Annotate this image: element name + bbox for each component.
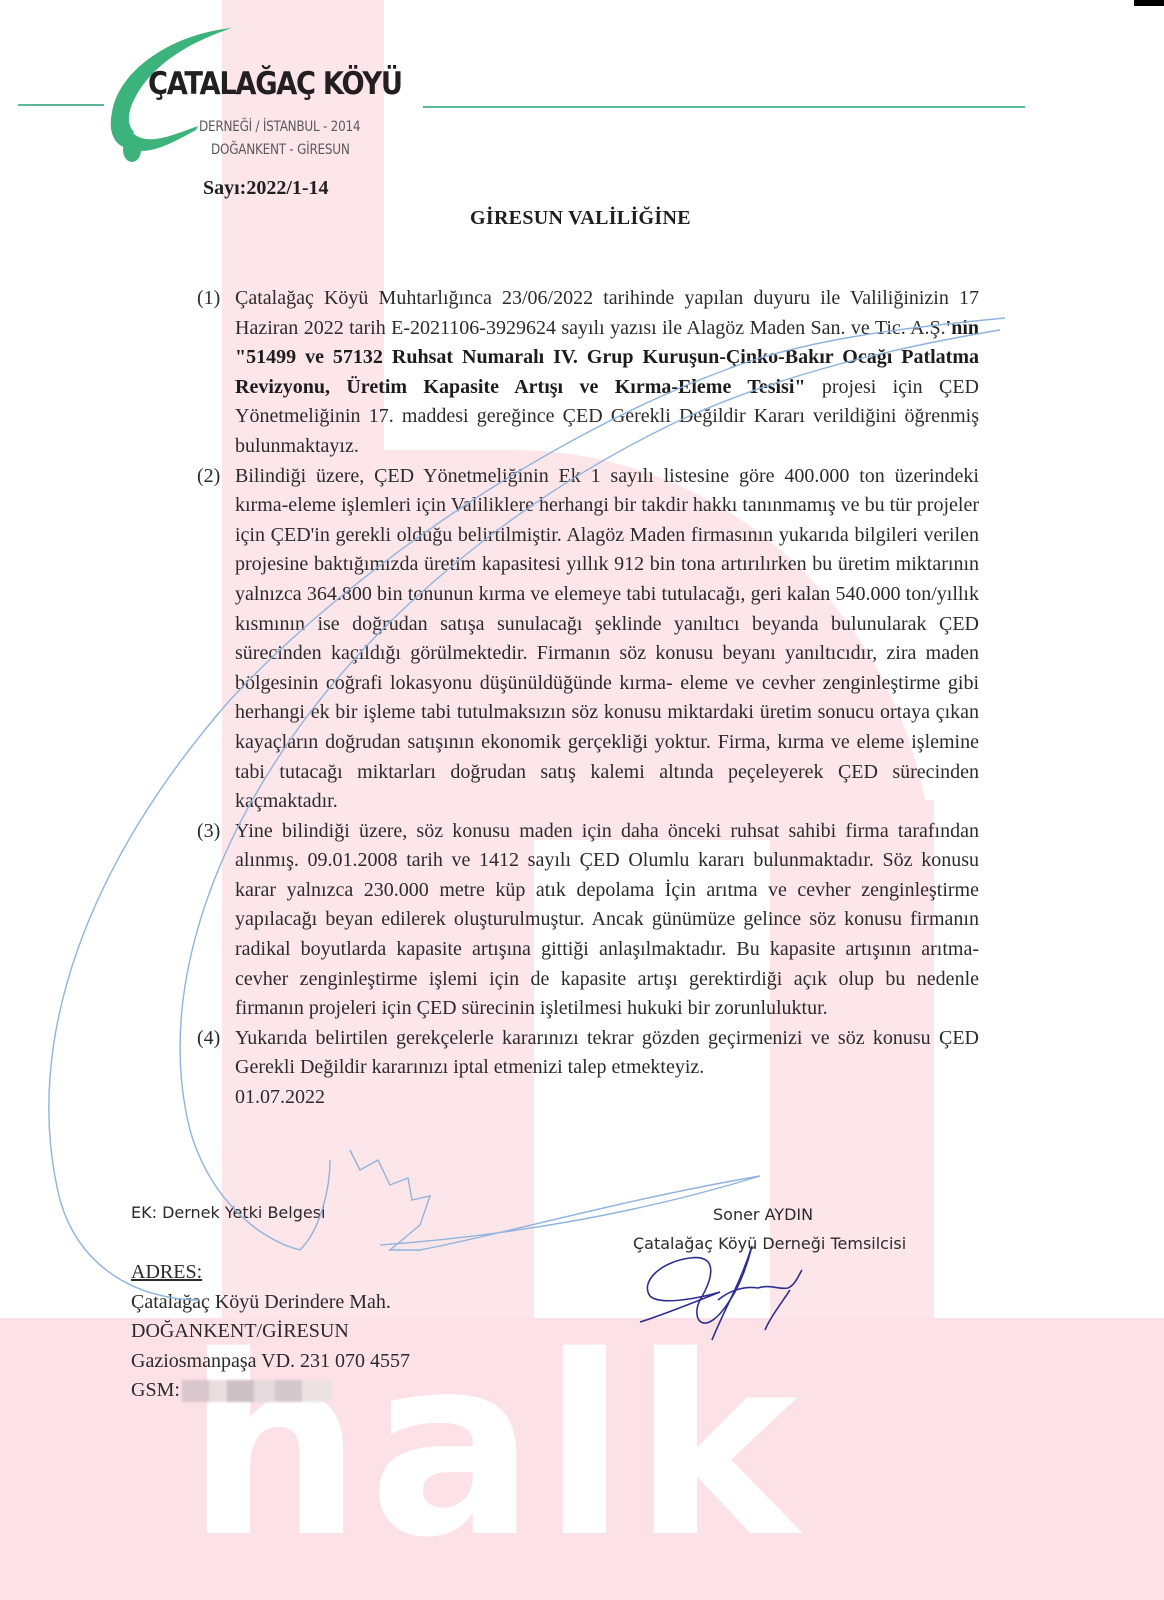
annex-note: EK: Dernek Yetki Belgesi (131, 1203, 325, 1222)
paragraph-text: Çatalağaç Köyü Muhtarlığınca 23/06/2022 … (235, 287, 979, 339)
org-subtitle-1: DERNEĞİ / İSTANBUL - 2014 (199, 119, 360, 135)
tax-office-line: Gaziosmanpaşa VD. 231 070 4557 (131, 1347, 410, 1377)
address-heading: ADRES: (131, 1258, 410, 1288)
paragraph-number: (4) (197, 1024, 235, 1113)
paragraph-text: Yukarıda belirtilen gerekçelerle kararın… (235, 1027, 979, 1079)
gsm-label: GSM: (131, 1379, 180, 1401)
paragraph-number: (3) (197, 817, 235, 1024)
signer-name: Soner AYDIN (713, 1205, 813, 1224)
paragraph-4: (4) Yukarıda belirtilen gerekçelerle kar… (197, 1024, 979, 1113)
paragraph-2: (2) Bilindiği üzere, ÇED Yönetmeliğinin … (197, 462, 979, 817)
signer-title: Çatalağaç Köyü Derneği Temsilcisi (633, 1234, 906, 1253)
gsm-line: GSM: (131, 1376, 410, 1406)
paragraph-number: (1) (197, 284, 235, 462)
address-block: ADRES: Çatalağaç Köyü Derindere Mah. DOĞ… (131, 1258, 410, 1406)
address-line: Çatalağaç Köyü Derindere Mah. (131, 1288, 410, 1318)
letter-body: (1) Çatalağaç Köyü Muhtarlığınca 23/06/2… (197, 284, 979, 1113)
scan-corner-mark (1134, 0, 1164, 6)
addressee: GİRESUN VALİLİĞİNE (470, 207, 691, 230)
reference-number: Sayı:2022/1-14 (203, 177, 329, 200)
paragraph-1: (1) Çatalağaç Köyü Muhtarlığınca 23/06/2… (197, 284, 979, 462)
org-name: ÇATALAĞAÇ KÖYÜ (148, 66, 402, 102)
paragraph-text: Yine bilindiği üzere, söz konusu maden i… (235, 817, 979, 1024)
org-subtitle-2: DOĞANKENT - GİRESUN (211, 142, 350, 158)
paragraph-text: Bilindiği üzere, ÇED Yönetmeliğinin Ek 1… (235, 462, 979, 817)
letter-date: 01.07.2022 (235, 1086, 325, 1108)
gsm-redacted (182, 1380, 332, 1402)
address-line: DOĞANKENT/GİRESUN (131, 1317, 410, 1347)
paragraph-3: (3) Yine bilindiği üzere, söz konusu mad… (197, 817, 979, 1024)
logo-rule-right (423, 106, 1025, 108)
logo-rule-left (18, 104, 104, 106)
paragraph-number: (2) (197, 462, 235, 817)
